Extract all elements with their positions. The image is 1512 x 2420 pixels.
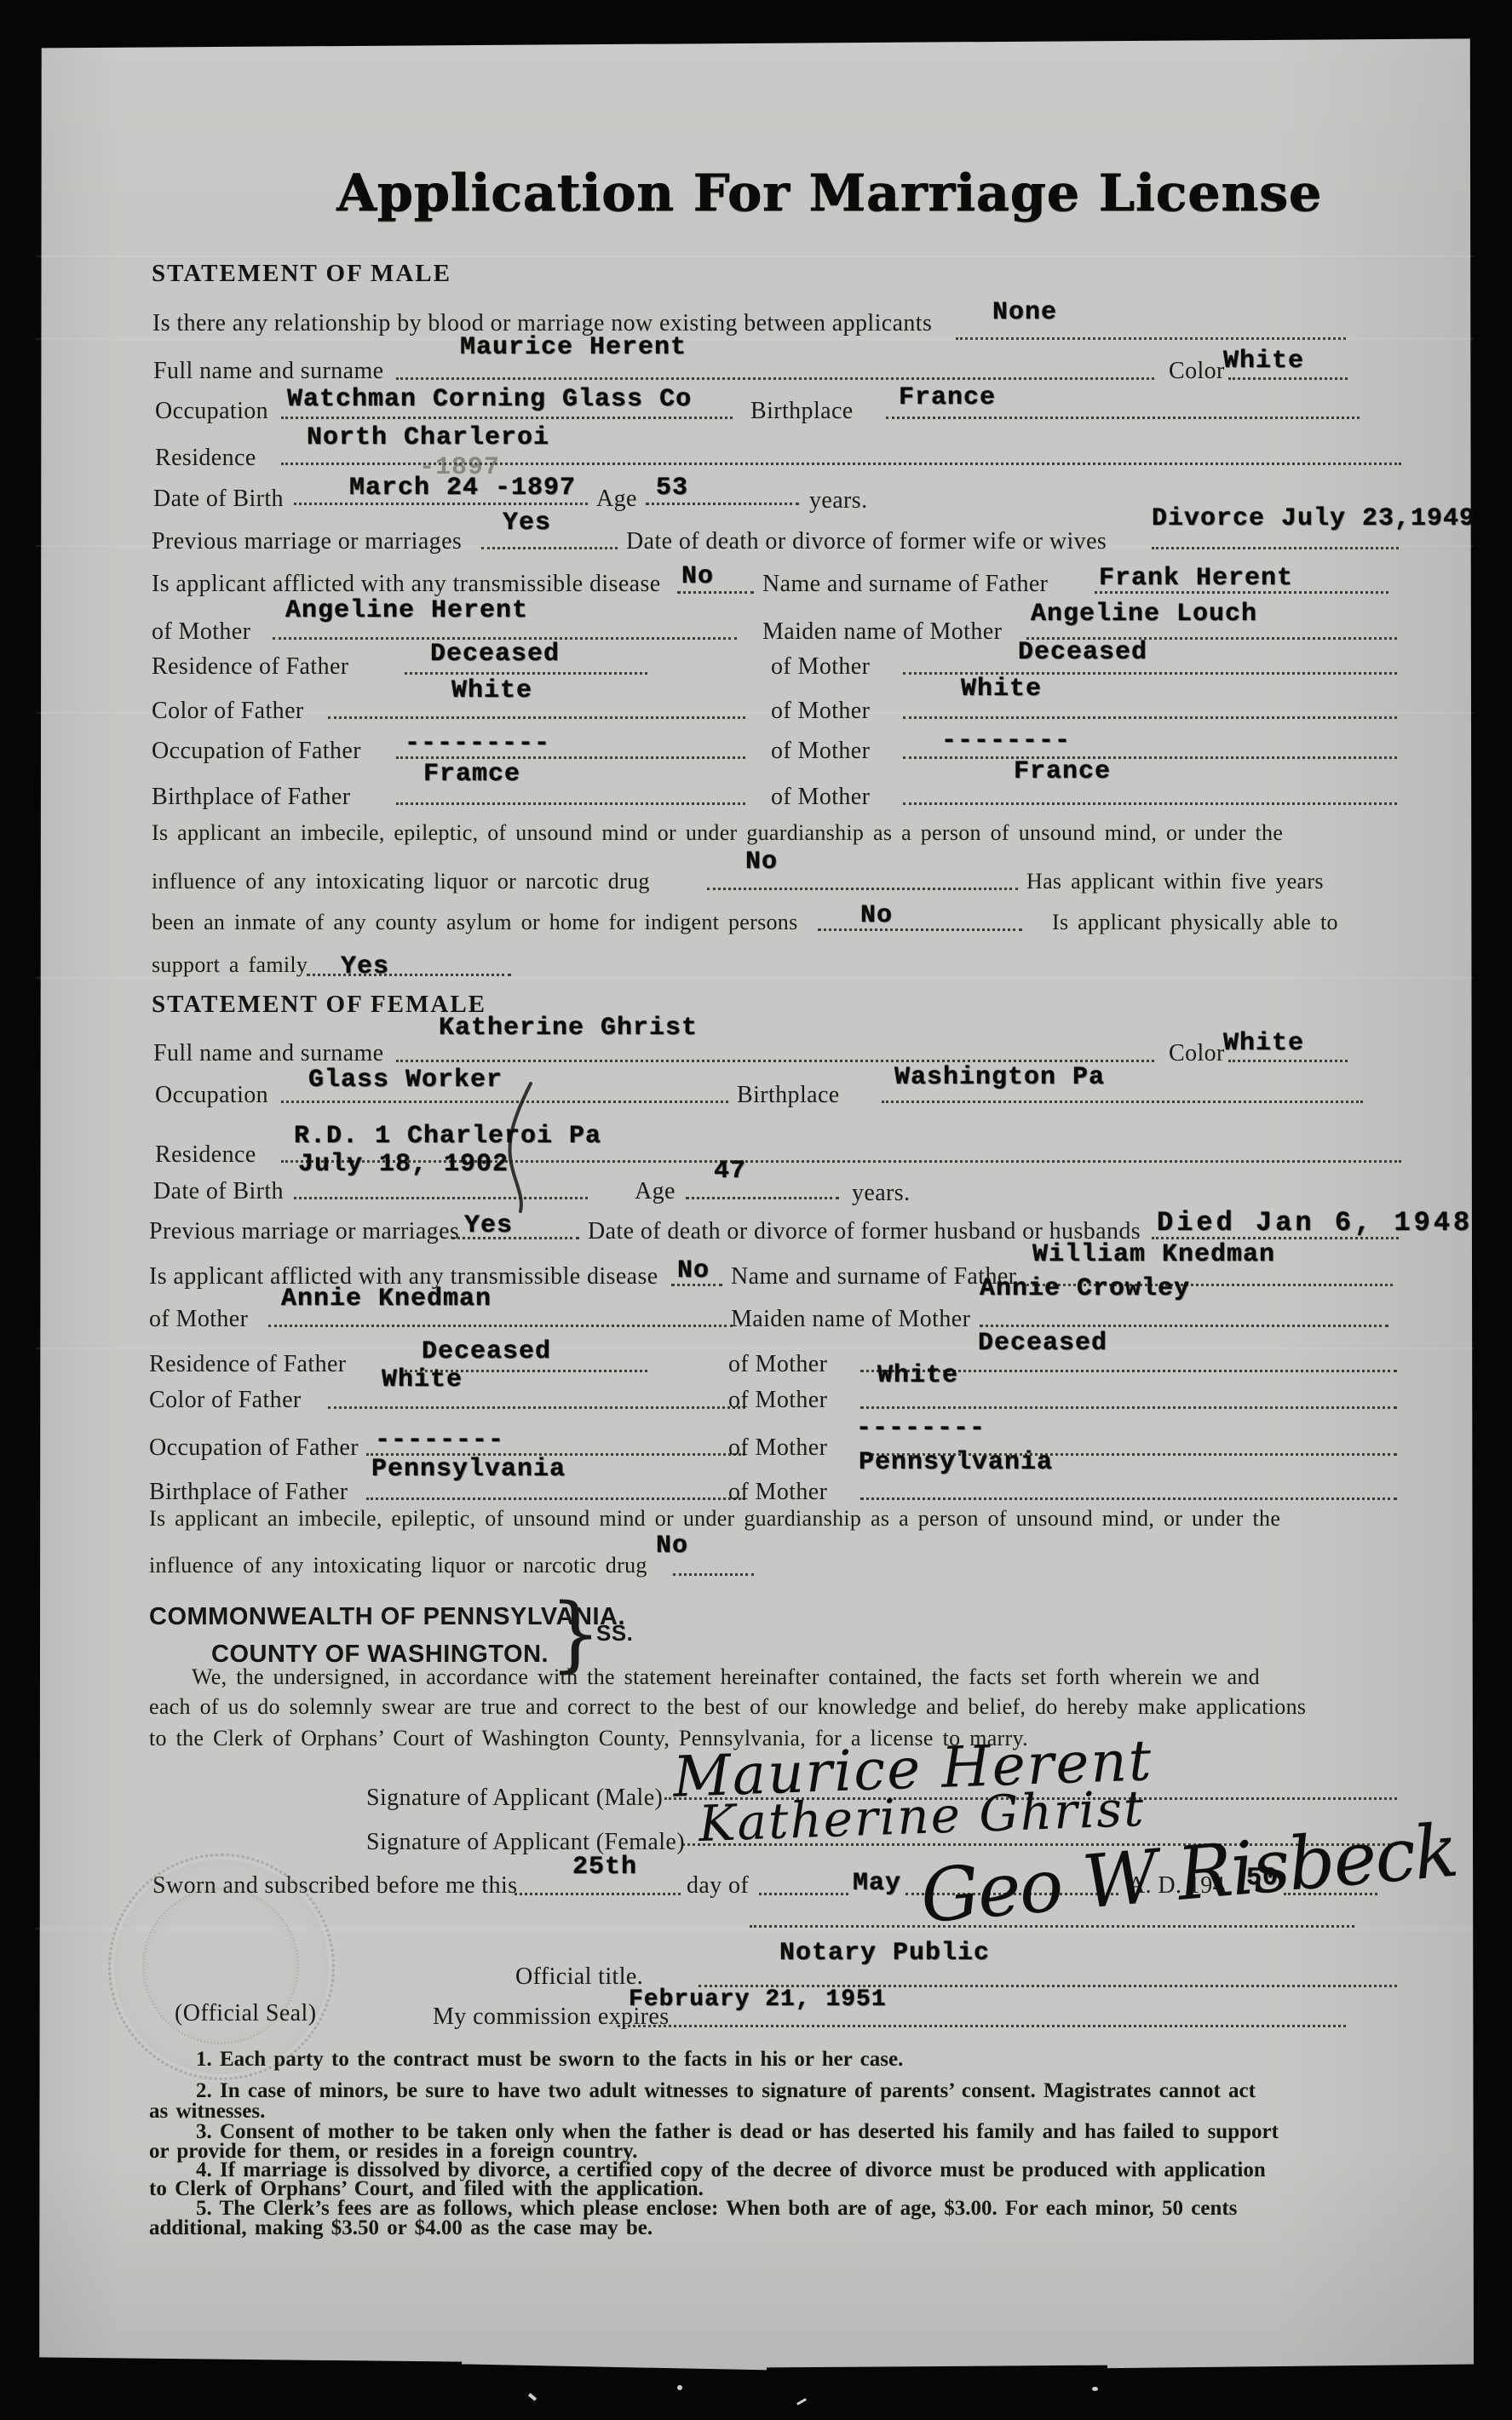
torn-edge xyxy=(36,2357,462,2387)
female-color-label: Color xyxy=(1169,1040,1225,1067)
sworn-month-value: May xyxy=(853,1869,901,1898)
female-maiden-label: Maiden name of Mother xyxy=(731,1306,970,1333)
female-prev-marriage-label: Previous marriage or marriages xyxy=(149,1218,459,1245)
oath-line-1: We, the undersigned, in accordance with … xyxy=(192,1664,1260,1690)
female-full-name-label: Full name and surname xyxy=(153,1040,383,1067)
female-father-name-value: William Knedman xyxy=(1032,1240,1275,1269)
male-res-father-label: Residence of Father xyxy=(152,653,349,681)
female-occ-father-value: -------- xyxy=(375,1426,504,1455)
dotted-line xyxy=(956,337,1346,340)
male-res-mother-label: of Mother xyxy=(771,653,870,681)
dotted-line xyxy=(1152,1237,1399,1239)
dotted-line xyxy=(405,672,647,675)
commission-value: February 21, 1951 xyxy=(629,1986,887,2013)
document-title: Application For Marriage License xyxy=(336,164,1180,223)
female-occ-father-label: Occupation of Father xyxy=(149,1434,359,1462)
female-disease-value: No xyxy=(677,1256,710,1285)
female-color-father-value: White xyxy=(382,1365,463,1394)
male-occ-father-value: --------- xyxy=(405,729,550,758)
male-full-name-label: Full name and surname xyxy=(153,358,383,385)
male-father-name-value: Frank Herent xyxy=(1099,564,1293,593)
male-signature-label: Signature of Applicant (Male) xyxy=(366,1785,663,1812)
female-residence-value: R.D. 1 Charleroi Pa xyxy=(294,1122,601,1151)
female-years-label: years. xyxy=(852,1180,910,1207)
dotted-line xyxy=(860,1497,1397,1500)
day-of-label: day of xyxy=(687,1872,749,1900)
dotted-line xyxy=(294,1197,588,1199)
female-full-name-value: Katherine Ghrist xyxy=(439,1014,698,1043)
dotted-line xyxy=(860,1406,1397,1409)
male-occupation-label: Occupation xyxy=(155,398,268,425)
female-res-father-value: Deceased xyxy=(422,1337,551,1366)
dotted-line xyxy=(818,928,1022,931)
note-line: 1. Each party to the contract must be sw… xyxy=(196,2048,903,2072)
male-relationship-value: None xyxy=(992,298,1057,327)
dotted-line xyxy=(1228,377,1348,380)
male-color-father-label: Color of Father xyxy=(152,698,304,725)
sworn-day-value: 25th xyxy=(572,1853,637,1882)
male-age-value: 53 xyxy=(656,474,688,503)
male-bp-father-value: Framce xyxy=(423,760,520,789)
dotted-line xyxy=(882,1101,1363,1103)
dotted-line xyxy=(281,417,733,419)
female-age-value: 47 xyxy=(714,1157,746,1186)
male-full-name-value: Maurice Herent xyxy=(460,333,687,362)
dotted-line xyxy=(1228,1060,1348,1062)
male-inmate-label: been an inmate of any county asylum or h… xyxy=(152,910,798,935)
male-bp-mother-label: of Mother xyxy=(771,784,870,811)
male-res-mother-value: Deceased xyxy=(1018,638,1147,667)
male-section-heading: STATEMENT OF MALE xyxy=(152,260,451,288)
female-section-heading: STATEMENT OF FEMALE xyxy=(152,991,486,1019)
male-birthplace-value: France xyxy=(899,383,996,412)
male-death-divorce-value: Divorce July 23,1949 xyxy=(1152,504,1475,533)
female-occupation-value: Glass Worker xyxy=(308,1066,503,1095)
male-color-father-value: White xyxy=(451,676,532,705)
male-residence-label: Residence xyxy=(155,445,256,472)
female-color-mother-value: White xyxy=(877,1361,958,1390)
dotted-line xyxy=(707,888,1018,890)
male-residence-value: North Charleroi xyxy=(307,423,549,452)
dotted-line xyxy=(750,1925,1354,1928)
male-color-label: Color xyxy=(1169,358,1225,385)
male-mother-name-value: Angeline Herent xyxy=(285,596,528,625)
dotted-line xyxy=(1095,591,1388,594)
male-prev-marriage-value: Yes xyxy=(503,509,551,537)
dust-speck xyxy=(796,2398,807,2406)
female-res-father-label: Residence of Father xyxy=(149,1351,347,1378)
female-father-name-label: Name and surname of Father xyxy=(731,1263,1016,1290)
female-age-label: Age xyxy=(635,1178,676,1205)
female-color-father-label: Color of Father xyxy=(149,1387,302,1414)
female-bp-mother-value: Pennsylvania xyxy=(859,1448,1053,1477)
male-occ-father-label: Occupation of Father xyxy=(152,738,361,765)
oath-line-2: each of us do solemnly swear are true an… xyxy=(149,1694,1306,1720)
dust-speck xyxy=(528,2393,537,2400)
dotted-line xyxy=(903,716,1397,719)
dotted-line xyxy=(686,1197,839,1199)
dotted-line xyxy=(307,974,511,976)
male-occupation-value: Watchman Corning Glass Co xyxy=(287,385,692,414)
torn-edge xyxy=(767,2365,1107,2387)
dotted-line xyxy=(903,756,1397,759)
female-res-mother-label: of Mother xyxy=(728,1351,827,1378)
male-birthplace-label: Birthplace xyxy=(750,398,854,425)
female-dob-value: July 18, 1902 xyxy=(298,1150,509,1179)
female-birthplace-value: Washington Pa xyxy=(894,1063,1105,1092)
male-support-label: support a family xyxy=(152,952,308,978)
dotted-line xyxy=(451,1237,579,1239)
dotted-line xyxy=(328,716,745,719)
dotted-line xyxy=(396,802,745,805)
dotted-line xyxy=(396,1060,1154,1062)
dotted-line xyxy=(886,417,1360,419)
female-bp-father-label: Birthplace of Father xyxy=(149,1479,348,1506)
dotted-line xyxy=(759,1893,848,1895)
male-support-value: Yes xyxy=(341,952,389,981)
female-birthplace-label: Birthplace xyxy=(737,1082,840,1109)
male-maiden-value: Angeline Louch xyxy=(1031,600,1257,629)
dotted-line xyxy=(646,503,799,505)
male-occ-mother-label: of Mother xyxy=(771,738,870,765)
dotted-line xyxy=(677,591,754,594)
dust-speck xyxy=(677,2385,682,2390)
male-imbecile-line: Is applicant an imbecile, epileptic, of … xyxy=(152,820,1283,846)
female-occ-mother-value: -------- xyxy=(856,1414,986,1443)
dotted-line xyxy=(294,503,588,505)
male-of-mother-label: of Mother xyxy=(152,618,250,646)
male-color-mother-value: White xyxy=(961,675,1042,704)
male-bp-father-label: Birthplace of Father xyxy=(152,784,350,811)
dust-speck xyxy=(1092,2387,1098,2391)
male-occ-mother-value: -------- xyxy=(941,727,1071,756)
dotted-line xyxy=(328,1406,745,1409)
male-influence-value: No xyxy=(745,848,778,877)
male-father-name-label: Name and surname of Father xyxy=(762,571,1048,598)
female-death-divorce-value: Died Jan 6, 1948 xyxy=(1157,1207,1473,1239)
ss-label: SS. xyxy=(596,1620,633,1647)
male-inmate-value: No xyxy=(860,901,893,930)
scanned-document: Application For Marriage License STATEME… xyxy=(0,0,1512,2420)
female-color-value: White xyxy=(1223,1029,1304,1058)
female-occ-mother-label: of Mother xyxy=(728,1434,827,1462)
male-prev-marriage-label: Previous marriage or marriages xyxy=(152,528,462,555)
female-dob-label: Date of Birth xyxy=(153,1178,284,1205)
male-years-label: years. xyxy=(809,487,867,514)
male-influence-label: influence of any intoxicating liquor or … xyxy=(152,869,650,894)
dotted-line xyxy=(515,1893,681,1895)
female-of-mother-label: of Mother xyxy=(149,1306,248,1333)
male-dob-value: March 24 -1897 xyxy=(349,474,576,503)
female-prev-marriage-value: Yes xyxy=(464,1211,513,1240)
note-line: 2. In case of minors, be sure to have tw… xyxy=(196,2079,1256,2103)
note-line: additional, making $3.50 or $4.00 as the… xyxy=(149,2216,653,2240)
embossed-seal-inner-ring xyxy=(142,1888,299,2044)
male-bp-mother-value: France xyxy=(1014,757,1111,786)
dotted-line xyxy=(673,1573,754,1576)
dotted-line xyxy=(396,756,745,759)
scan-streak xyxy=(36,256,1474,257)
official-title-label: Official title. xyxy=(515,1963,643,1991)
female-color-mother-label: of Mother xyxy=(728,1387,827,1414)
dotted-line xyxy=(1152,547,1399,549)
female-occupation-label: Occupation xyxy=(155,1082,268,1109)
female-maiden-value: Annie Crowley xyxy=(980,1274,1190,1303)
female-influence-label: influence of any intoxicating liquor or … xyxy=(149,1553,647,1578)
dotted-line xyxy=(268,1325,733,1327)
dotted-line xyxy=(980,1325,1388,1327)
scan-streak xyxy=(36,1348,1474,1349)
female-residence-label: Residence xyxy=(155,1141,256,1169)
male-disease-value: No xyxy=(681,562,714,591)
male-five-years-label: Has applicant within five years xyxy=(1026,869,1324,894)
dotted-line xyxy=(366,1497,745,1500)
male-res-father-value: Deceased xyxy=(430,640,560,669)
male-color-mother-label: of Mother xyxy=(771,698,870,725)
male-dob-label: Date of Birth xyxy=(153,486,284,513)
female-bp-father-value: Pennsylvania xyxy=(371,1455,566,1484)
dotted-line xyxy=(396,377,1154,380)
female-bp-mother-label: of Mother xyxy=(728,1479,827,1506)
official-title-value: Notary Public xyxy=(779,1939,990,1968)
female-imbecile-line: Is applicant an imbecile, epileptic, of … xyxy=(149,1506,1280,1532)
dotted-line xyxy=(903,802,1397,805)
male-age-label: Age xyxy=(596,486,637,513)
female-mother-name-value: Annie Knedman xyxy=(281,1285,492,1313)
male-death-divorce-label: Date of death or divorce of former wife … xyxy=(626,528,1107,555)
male-color-value: White xyxy=(1223,347,1304,376)
male-maiden-label: Maiden name of Mother xyxy=(762,618,1002,646)
dotted-line xyxy=(618,2025,1346,2027)
male-able-label: Is applicant physically able to xyxy=(1052,910,1338,935)
dotted-line xyxy=(481,547,618,549)
female-influence-value: No xyxy=(656,1532,688,1561)
male-disease-label: Is applicant afflicted with any transmis… xyxy=(152,571,661,598)
female-res-mother-value: Deceased xyxy=(978,1329,1107,1358)
